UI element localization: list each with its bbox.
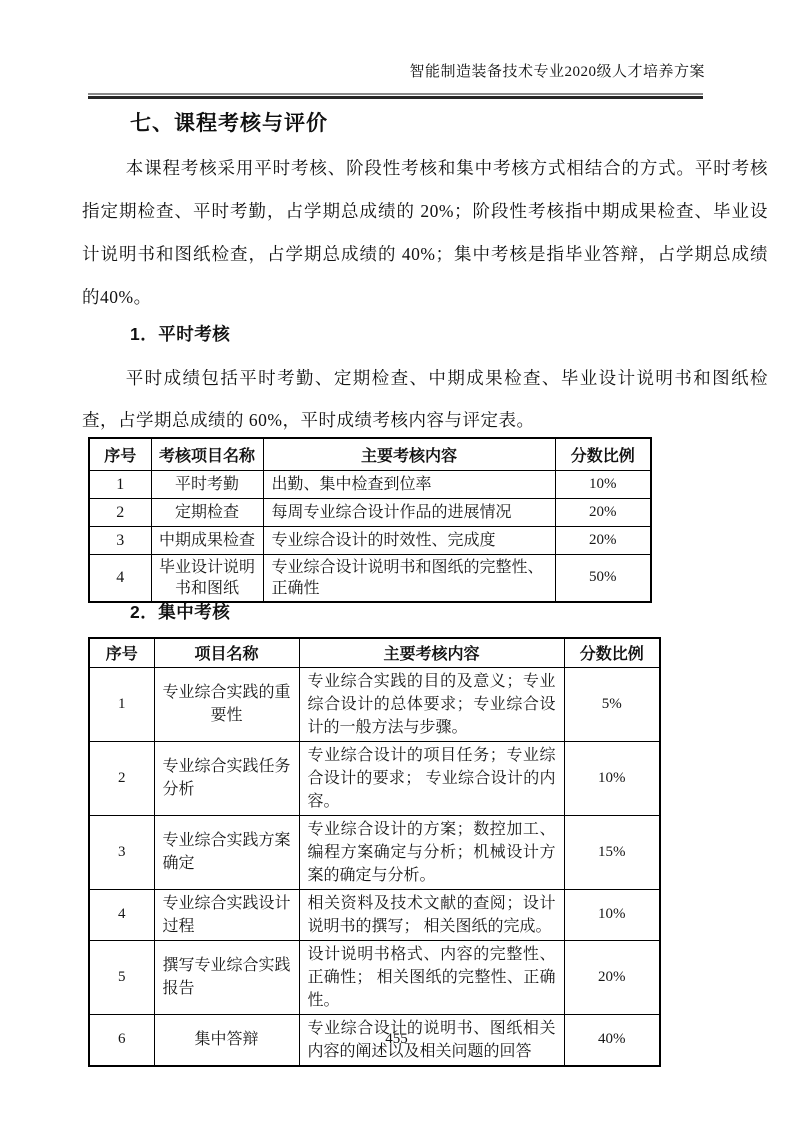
table-cell: 2 (89, 741, 154, 815)
table-cell: 50% (555, 554, 651, 602)
centralized-assessment-table: 序号 项目名称 主要考核内容 分数比例 1专业综合实践的重要性专业综合实践的目的… (88, 637, 661, 1067)
table-cell: 撰写专业综合实践报告 (154, 940, 299, 1014)
table-cell: 专业综合设计的时效性、完成度 (263, 526, 555, 554)
table-row: 2专业综合实践任务分析专业综合设计的项目任务；专业综合设计的要求； 专业综合设计… (89, 741, 660, 815)
table-cell: 专业综合实践的重要性 (154, 667, 299, 741)
table-row: 5撰写专业综合实践报告设计说明书格式、内容的完整性、正确性； 相关图纸的完整性、… (89, 940, 660, 1014)
table-cell: 20% (555, 498, 651, 526)
table-cell: 10% (555, 470, 651, 498)
table-row: 3专业综合实践方案确定专业综合设计的方案；数控加工、编程方案确定与分析；机械设计… (89, 815, 660, 889)
table-cell: 相关资料及技术文献的查阅；设计说明书的撰写； 相关图纸的完成。 (299, 889, 564, 940)
table-cell: 10% (564, 741, 660, 815)
footer-page-number: 455 (0, 1031, 793, 1048)
subsection-1-heading: 1．平时考核 (130, 321, 230, 346)
section-title: 七、课程考核与评价 (130, 107, 328, 137)
daily-assessment-table: 序号 考核项目名称 主要考核内容 分数比例 1平时考勤出勤、集中检查到位率10%… (88, 437, 652, 603)
table-header-cell: 分数比例 (564, 638, 660, 667)
table-row: 1专业综合实践的重要性专业综合实践的目的及意义；专业综合设计的总体要求；专业综合… (89, 667, 660, 741)
table-cell: 平时考勤 (151, 470, 263, 498)
table-cell: 专业综合实践的目的及意义；专业综合设计的总体要求；专业综合设计的一般方法与步骤。 (299, 667, 564, 741)
page-header-title: 智能制造装备技术专业2020级人才培养方案 (88, 60, 705, 81)
table-cell: 3 (89, 815, 154, 889)
table-cell: 1 (89, 470, 151, 498)
table-cell: 10% (564, 889, 660, 940)
table-cell: 专业综合设计的项目任务；专业综合设计的要求； 专业综合设计的内容。 (299, 741, 564, 815)
table-cell: 专业综合实践方案确定 (154, 815, 299, 889)
table-header-cell: 序号 (89, 638, 154, 667)
subsection-1-paragraph: 平时成绩包括平时考勤、定期检查、中期成果检查、毕业设计说明书和图纸检查，占学期总… (82, 357, 768, 441)
table-cell: 15% (564, 815, 660, 889)
table-row: 4专业综合实践设计过程相关资料及技术文献的查阅；设计说明书的撰写； 相关图纸的完… (89, 889, 660, 940)
table-cell: 定期检查 (151, 498, 263, 526)
intro-paragraph: 本课程考核采用平时考核、阶段性考核和集中考核方式相结合的方式。平时考核指定期检查… (82, 147, 768, 319)
table-row: 3中期成果检查专业综合设计的时效性、完成度20% (89, 526, 651, 554)
table-row: 2定期检查每周专业综合设计作品的进展情况20% (89, 498, 651, 526)
table-cell: 20% (555, 526, 651, 554)
table-cell: 专业综合实践设计过程 (154, 889, 299, 940)
table-cell: 专业综合实践任务分析 (154, 741, 299, 815)
table-cell: 设计说明书格式、内容的完整性、正确性； 相关图纸的完整性、正确性。 (299, 940, 564, 1014)
table-cell: 4 (89, 889, 154, 940)
table-cell: 4 (89, 554, 151, 602)
table-cell: 专业综合设计的方案；数控加工、编程方案确定与分析；机械设计方案的确定与分析。 (299, 815, 564, 889)
table-header-cell: 考核项目名称 (151, 438, 263, 470)
table-cell: 每周专业综合设计作品的进展情况 (263, 498, 555, 526)
table-cell: 中期成果检查 (151, 526, 263, 554)
subsection-2-heading: 2．集中考核 (130, 599, 230, 624)
table-header-cell: 主要考核内容 (263, 438, 555, 470)
table-row: 1平时考勤出勤、集中检查到位率10% (89, 470, 651, 498)
header-rule (88, 93, 703, 99)
table-cell: 专业综合设计说明书和图纸的完整性、正确性 (263, 554, 555, 602)
table-cell: 毕业设计说明书和图纸 (151, 554, 263, 602)
table-header-cell: 项目名称 (154, 638, 299, 667)
table-cell: 5% (564, 667, 660, 741)
table-cell: 20% (564, 940, 660, 1014)
document-page: 智能制造装备技术专业2020级人才培养方案 七、课程考核与评价 本课程考核采用平… (0, 0, 793, 1122)
table-cell: 2 (89, 498, 151, 526)
table-header-cell: 序号 (89, 438, 151, 470)
table-row: 4毕业设计说明书和图纸专业综合设计说明书和图纸的完整性、正确性50% (89, 554, 651, 602)
table-header-cell: 分数比例 (555, 438, 651, 470)
table-cell: 5 (89, 940, 154, 1014)
table-header-cell: 主要考核内容 (299, 638, 564, 667)
table-cell: 1 (89, 667, 154, 741)
table-header-row: 序号 项目名称 主要考核内容 分数比例 (89, 638, 660, 667)
table-header-row: 序号 考核项目名称 主要考核内容 分数比例 (89, 438, 651, 470)
table-cell: 出勤、集中检查到位率 (263, 470, 555, 498)
table-cell: 3 (89, 526, 151, 554)
